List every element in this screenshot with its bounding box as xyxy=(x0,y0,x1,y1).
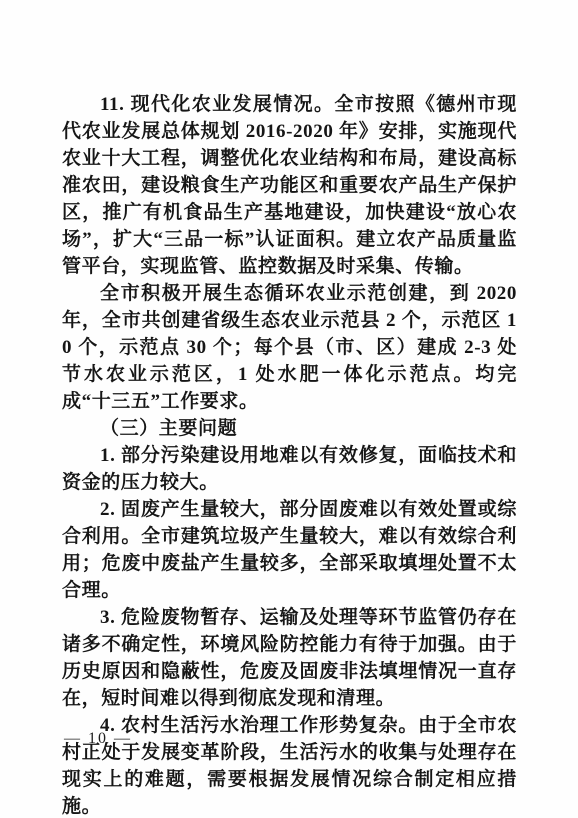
paragraph-problem-1-polluted-land: 1. 部分污染建设用地难以有效修复，面临技术和资金的压力较大。 xyxy=(62,442,517,496)
paragraph-problem-3-hazardous-waste: 3. 危险废物暂存、运输及处理等环节监管仍存在诸多不确定性，环境风险防控能力有待… xyxy=(62,604,517,712)
section-heading-main-problems: （三）主要问题 xyxy=(62,415,517,442)
document-body: 11. 现代化农业发展情况。全市按照《德州市现代农业发展总体规划 2016-20… xyxy=(62,91,517,818)
document-page: 11. 现代化农业发展情况。全市按照《德州市现代农业发展总体规划 2016-20… xyxy=(0,0,578,818)
paragraph-problem-4-rural-sewage: 4. 农村生活污水治理工作形势复杂。由于全市农村正处于发展变革阶段，生活污水的收… xyxy=(62,712,517,818)
paragraph-ecological-circular-agriculture: 全市积极开展生态循环农业示范创建，到 2020 年，全市共创建省级生态农业示范县… xyxy=(62,280,517,415)
paragraph-item-11-modern-agriculture: 11. 现代化农业发展情况。全市按照《德州市现代农业发展总体规划 2016-20… xyxy=(62,91,517,280)
paragraph-problem-2-solid-waste: 2. 固废产生量较大，部分固废难以有效处置或综合利用。全市建筑垃圾产生量较大，难… xyxy=(62,496,517,604)
page-number: — 10 — xyxy=(64,729,132,749)
